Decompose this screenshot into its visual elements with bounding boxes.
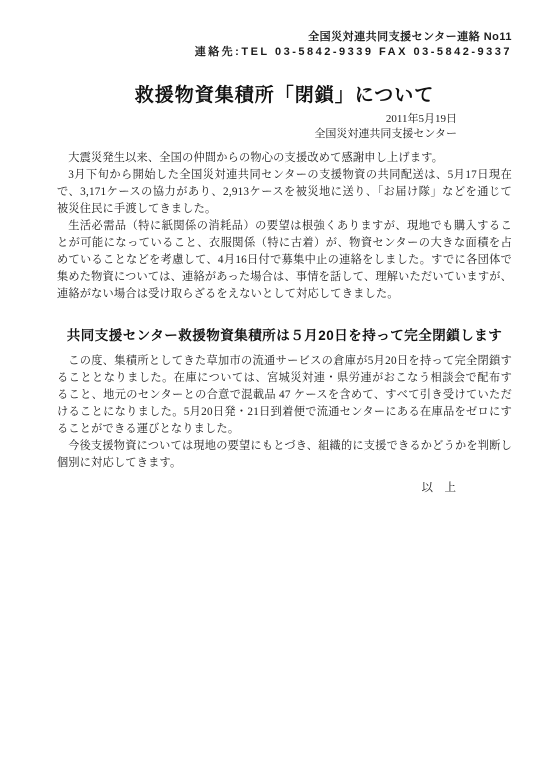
date-line: 2011年5月19日: [57, 112, 512, 126]
doc-number-line: 全国災対連共同支援センター連絡 No11: [57, 30, 512, 44]
closing-line: 以 上: [57, 481, 512, 496]
body-section-1: 大震災発生以来、全国の仲間からの物心の支援改めて感謝申し上げます。 3月下旬から…: [57, 150, 512, 303]
contact-info-line: 連絡先:TEL 03-5842-9339 FAX 03-5842-9337: [57, 45, 512, 60]
section-heading-closure: 共同支援センター救援物資集積所は５月20日を持って完全閉鎖します: [57, 327, 512, 344]
organization-line: 全国災対連共同支援センター: [57, 127, 512, 141]
paragraph: 今後支援物資については現地の要望にもとづき、組織的に支援できるかどうかを判断し個…: [57, 438, 512, 472]
paragraph: 生活必需品（特に紙関係の消耗品）の要望は根強くありますが、現地でも購入することが…: [57, 218, 512, 303]
paragraph: 3月下旬から開始した全国災対連共同センターの支援物資の共同配送は、5月17日現在…: [57, 167, 512, 218]
body-section-2: この度、集積所としてきた草加市の流通サービスの倉庫が5月20日を持って完全閉鎖す…: [57, 353, 512, 472]
document-header: 全国災対連共同支援センター連絡 No11 連絡先:TEL 03-5842-933…: [57, 30, 512, 60]
paragraph: 大震災発生以来、全国の仲間からの物心の支援改めて感謝申し上げます。: [57, 150, 512, 167]
paragraph: この度、集積所としてきた草加市の流通サービスの倉庫が5月20日を持って完全閉鎖す…: [57, 353, 512, 438]
document-page: 全国災対連共同支援センター連絡 No11 連絡先:TEL 03-5842-933…: [0, 0, 540, 764]
page-title: 救援物資集積所「閉鎖」について: [57, 84, 512, 108]
